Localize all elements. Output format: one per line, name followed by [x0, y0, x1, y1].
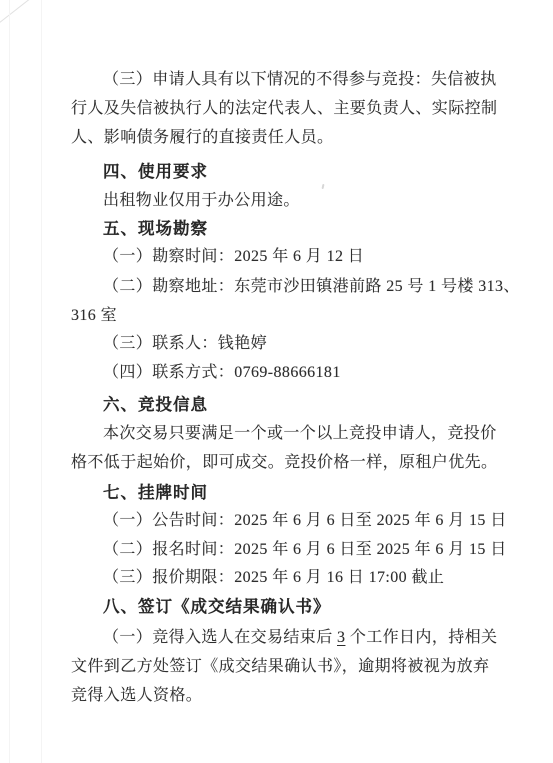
contact-person-line: （三）联系人：钱艳婷 — [71, 333, 267, 355]
paragraph-line: 文件到乙方处签订《成交结果确认书》，逾期将被视为放弃 — [71, 656, 489, 678]
section-heading-site-survey: 五、现场勘察 — [71, 218, 208, 240]
section-heading-usage-requirements: 四、使用要求 — [71, 161, 208, 183]
survey-address-line: （二）勘察地址：东莞市沙田镇港前路 25 号 1 号楼 313、 — [71, 276, 520, 298]
scan-speck-artifact — [322, 184, 325, 189]
survey-address-line-2: 316 室 — [71, 305, 117, 327]
paragraph-line: 行人及失信被执行人的法定代表人、主要负责人、实际控制 — [71, 98, 497, 120]
paragraph-line: 竞得入选人资格。 — [71, 685, 202, 707]
paragraph-line: 本次交易只要满足一个或一个以上竞投申请人，竞投价 — [71, 423, 497, 445]
survey-time-line: （一）勘察时间：2025 年 6 月 12 日 — [71, 246, 364, 268]
announcement-time-line: （一）公告时间：2025 年 6 月 6 日至 2025 年 6 月 15 日 — [71, 510, 507, 532]
paragraph-line: （三）申请人具有以下情况的不得参与竞投：失信被执 — [71, 69, 497, 91]
paragraph-line-with-underline: （一）竞得入选人在交易结束后 3 个工作日内，持相关 — [71, 627, 497, 649]
paragraph-line: 格不低于起始价，即可成交。竞投价格一样，原租户优先。 — [71, 452, 497, 474]
section-heading-listing-time: 七、挂牌时间 — [71, 482, 208, 504]
registration-time-line: （二）报名时间：2025 年 6 月 6 日至 2025 年 6 月 15 日 — [71, 539, 507, 561]
paragraph-text-prefix: （一）竞得入选人在交易结束后 — [103, 629, 337, 646]
paragraph-line: 出租物业仅用于办公用途。 — [71, 190, 300, 212]
scan-band-artifact — [9, 0, 10, 763]
scanned-document-page: （三）申请人具有以下情况的不得参与竞投：失信被执 行人及失信被执行人的法定代表人… — [0, 0, 553, 763]
section-heading-bidding-info: 六、竞投信息 — [71, 394, 208, 416]
contact-phone-line: （四）联系方式：0769-88666181 — [71, 362, 341, 384]
section-heading-confirmation-letter: 八、签订《成交结果确认书》 — [71, 596, 331, 618]
paragraph-line: 人、影响债务履行的直接责任人员。 — [71, 127, 333, 149]
quotation-deadline-line: （三）报价期限：2025 年 6 月 16 日 17:00 截止 — [71, 567, 444, 589]
scan-band-artifact — [41, 0, 42, 763]
paragraph-text-suffix: 个工作日内，持相关 — [345, 629, 497, 646]
scan-corner-artifact — [0, 0, 32, 24]
